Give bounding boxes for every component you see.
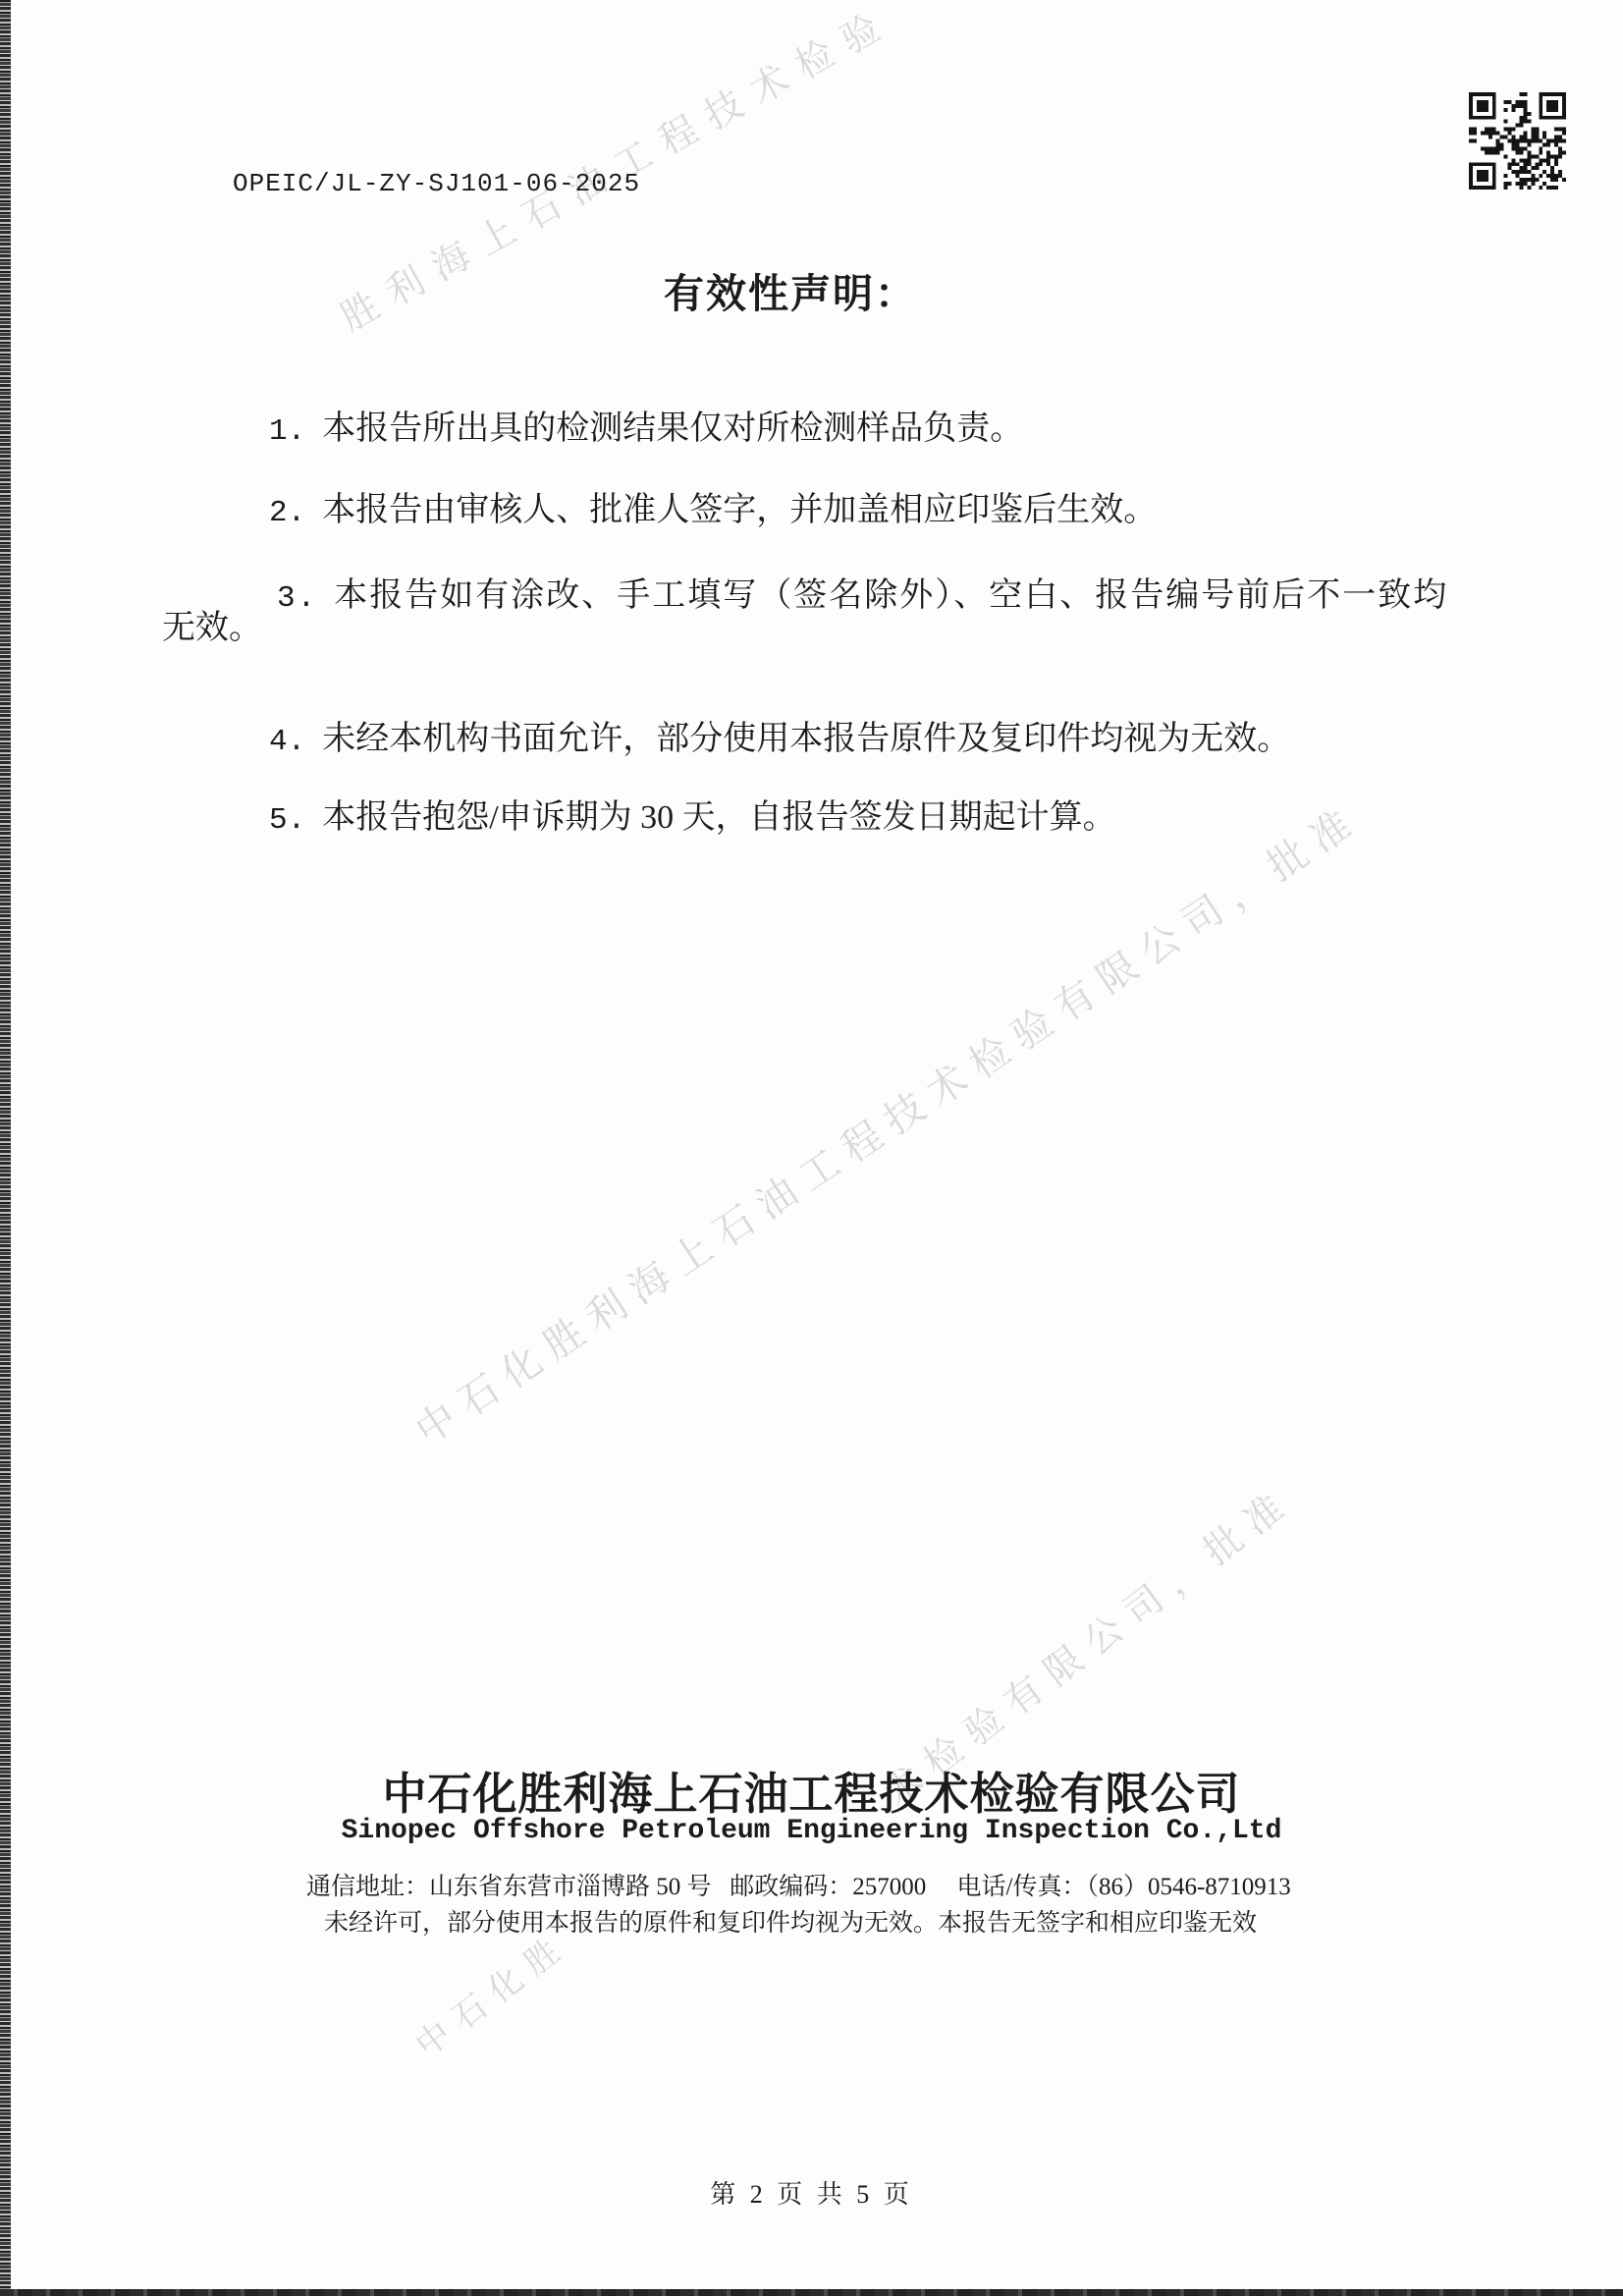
- page-title: 有效性声明：: [664, 261, 917, 319]
- item-text: 未经本机构书面允许，部分使用本报告原件及复印件均视为无效。: [322, 721, 1290, 757]
- page-number: 第 2 页 共 5 页: [0, 2174, 1623, 2211]
- item-number: 4.: [269, 725, 305, 760]
- item-number: 3.: [277, 581, 317, 617]
- watermark-fragment: 中石化胜: [404, 1919, 576, 2066]
- company-address-line: 通信地址：山东省东营市淄博路 50 号 邮政编码：257000 电话/传真：（8…: [306, 1867, 1291, 1902]
- watermark-fragment: 中石化胜利海上石油工程技术检验有限公司，批准: [403, 789, 1370, 1455]
- item-text: 本报告抱怨/申诉期为 30 天，自报告签发日期起计算。: [322, 799, 1115, 836]
- item-number: 1.: [269, 414, 305, 450]
- scan-artifact-left-edge: [0, 0, 11, 2296]
- company-notice-line: 未经许可，部分使用本报告的原件和复印件均视为无效。本报告无签字和相应印鉴无效: [324, 1903, 1257, 1939]
- company-name-chinese: 中石化胜利海上石油工程技术检验有限公司: [0, 1758, 1623, 1822]
- item-text: 本报告如有涂改、手工填写（签名除外）、空白、报告编号前后不一致均: [334, 577, 1448, 614]
- item-number: 2.: [269, 496, 305, 531]
- item-number: 5.: [269, 803, 305, 839]
- scanned-document-page: 胜利海上石油工程技术检验 中石化胜利海上石油工程技术检验有限公司，批准 术检验有…: [0, 0, 1623, 2296]
- document-code: OPEIC/JL-ZY-SJ101-06-2025: [233, 169, 640, 198]
- statement-item-3: 3.本报告如有涂改、手工填写（签名除外）、空白、报告编号前后不一致均: [236, 538, 1448, 655]
- item-text: 本报告由审核人、批准人签字，并加盖相应印鉴后生效。: [322, 492, 1157, 528]
- statement-item-5: 5.本报告抱怨/申诉期为 30 天，自报告签发日期起计算。: [236, 760, 1116, 877]
- company-name-english: Sinopec Offshore Petroleum Engineering I…: [0, 1816, 1623, 1846]
- item-text: 本报告所出具的检测结果仅对所检测样品负责。: [322, 410, 1023, 447]
- scan-artifact-bottom-edge: [0, 2289, 1623, 2296]
- statement-item-3-continuation: 无效。: [162, 600, 262, 648]
- qr-code: [1469, 92, 1566, 190]
